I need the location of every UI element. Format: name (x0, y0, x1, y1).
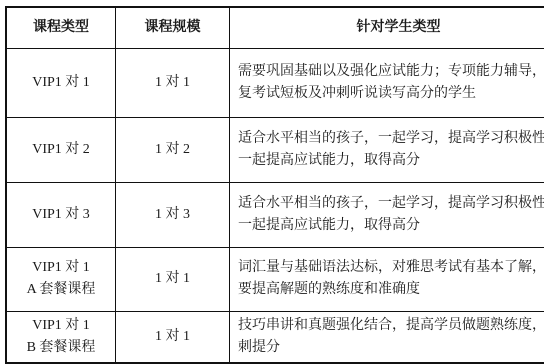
table-row: VIP1 对 2 1 对 2 适合水平相当的孩子，一起学习，提高学习积极性，一起… (6, 117, 544, 182)
course-comparison-table: 课程类型 课程规模 针对学生类型 VIP1 对 1 1 对 1 需要巩固基础以及… (5, 6, 544, 364)
table-row: VIP1 对 1 A 套餐课程 1 对 1 词汇量与基础语法达标，对雅思考试有基… (6, 247, 544, 311)
course-type-cell: VIP1 对 1 A 套餐课程 (6, 247, 116, 311)
header-target-students: 针对学生类型 (230, 7, 544, 48)
table-row: VIP1 对 1 1 对 1 需要巩固基础以及强化应试能力；专项能力辅导，修复考… (6, 48, 544, 117)
course-scale-cell: 1 对 2 (116, 117, 230, 182)
course-scale-cell: 1 对 1 (116, 247, 230, 311)
course-scale-cell: 1 对 1 (116, 311, 230, 363)
course-scale-cell: 1 对 3 (116, 182, 230, 247)
course-type-cell: VIP1 对 3 (6, 182, 116, 247)
target-students-cell: 技巧串讲和真题强化结合，提高学员做题熟练度，冲刺提分 (230, 311, 544, 363)
header-course-scale: 课程规模 (116, 7, 230, 48)
table-row: VIP1 对 1 B 套餐课程 1 对 1 技巧串讲和真题强化结合，提高学员做题… (6, 311, 544, 363)
course-type-cell: VIP1 对 1 (6, 48, 116, 117)
target-students-cell: 词汇量与基础语法达标，对雅思考试有基本了解，需要提高解题的熟练度和准确度 (230, 247, 544, 311)
target-students-cell: 适合水平相当的孩子，一起学习，提高学习积极性，一起提高应试能力，取得高分 (230, 182, 544, 247)
table-header-row: 课程类型 课程规模 针对学生类型 (6, 7, 544, 48)
header-course-type: 课程类型 (6, 7, 116, 48)
table-row: VIP1 对 3 1 对 3 适合水平相当的孩子，一起学习，提高学习积极性，一起… (6, 182, 544, 247)
target-students-cell: 需要巩固基础以及强化应试能力；专项能力辅导，修复考试短板及冲刺听说读写高分的学生 (230, 48, 544, 117)
course-scale-cell: 1 对 1 (116, 48, 230, 117)
page: 课程类型 课程规模 针对学生类型 VIP1 对 1 1 对 1 需要巩固基础以及… (0, 0, 544, 364)
course-type-cell: VIP1 对 2 (6, 117, 116, 182)
course-type-cell: VIP1 对 1 B 套餐课程 (6, 311, 116, 363)
target-students-cell: 适合水平相当的孩子，一起学习，提高学习积极性，一起提高应试能力，取得高分 (230, 117, 544, 182)
